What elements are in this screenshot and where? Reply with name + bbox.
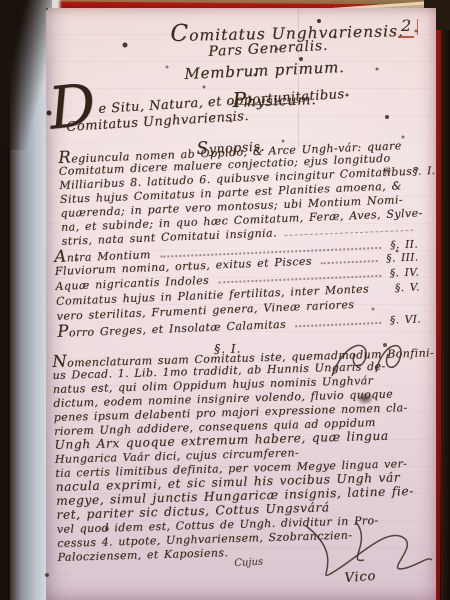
manuscript-photo: Comitatus Unghvariensis. 2 Pars Generali…	[0, 0, 450, 600]
signature-flourish	[286, 516, 436, 586]
section-ref: §. VI.	[390, 313, 422, 328]
manuscript-page: Comitatus Unghvariensis. 2 Pars Generali…	[46, 8, 436, 600]
gutter-top-shadow	[0, 0, 52, 150]
dash-leader	[285, 230, 413, 236]
dot-leader	[295, 322, 381, 327]
ink-smudge	[382, 166, 392, 175]
section-ref: §. III.	[386, 251, 419, 266]
synopsis-index-list: Antra Montium §. II. Fluviorum nomina, o…	[54, 235, 421, 340]
photo-right-shadow	[441, 0, 450, 600]
section-ref: §. V.	[395, 281, 420, 295]
section-ref: §. IV.	[390, 266, 420, 281]
line-spacer	[363, 306, 411, 308]
ink-smudge	[356, 392, 374, 405]
dot-leader	[321, 260, 377, 264]
calligraphic-flourish	[328, 336, 423, 384]
section-ref: §. I.	[412, 165, 436, 179]
membrum-primum-heading: Membrum primum.	[184, 58, 345, 83]
ink-specks	[46, 8, 48, 10]
interlinear-note: Cujus	[234, 556, 263, 568]
page-number: 2	[398, 16, 414, 38]
synopsis-paragraph: Regiuncula nomen ab Oppido, & Arce Ungh-…	[58, 136, 424, 248]
